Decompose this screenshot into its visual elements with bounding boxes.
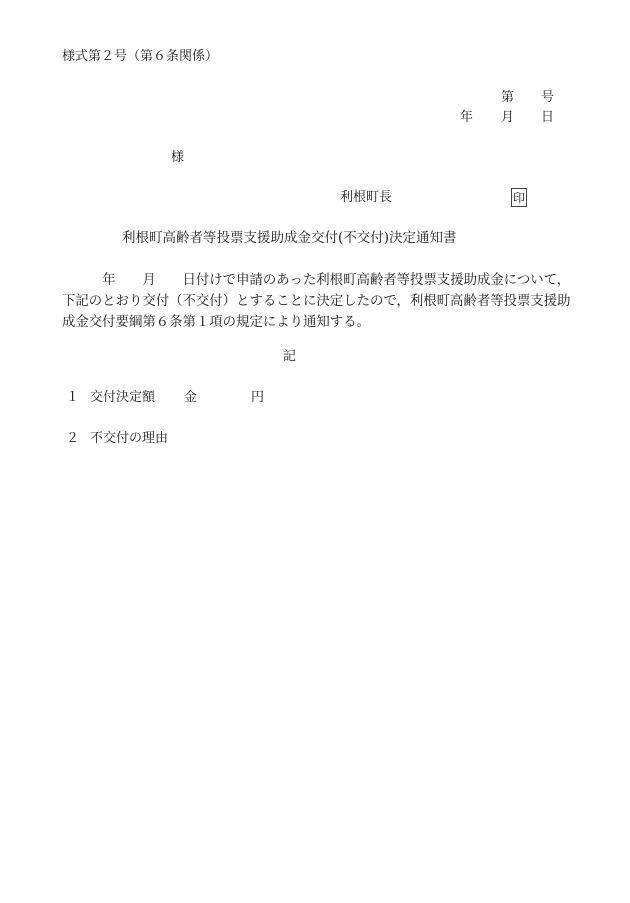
reference-number-suffix: 号: [541, 91, 554, 104]
date-month: 月: [501, 111, 514, 124]
issuer-name: 利根町長: [340, 191, 392, 204]
amount-prefix: 金: [184, 391, 197, 404]
body-paragraph: 年 月 日付けで申請のあった利根町高齢者等投票支援助成金について， 下記のとおり…: [62, 270, 572, 333]
item-number: ２: [66, 432, 79, 445]
reference-number-prefix: 第: [501, 91, 514, 104]
note-heading: 記: [283, 350, 296, 363]
item-label-grant-amount: 交付決定額: [90, 391, 155, 404]
date-year: 年: [460, 111, 473, 124]
item-number: １: [66, 391, 79, 404]
document-title: 利根町高齢者等投票支援助成金交付(不交付)決定通知書: [122, 232, 457, 246]
addressee-honorific: 様: [171, 151, 184, 164]
date-day: 日: [541, 111, 554, 124]
form-number: 様式第２号（第６条関係）: [62, 50, 218, 63]
item-label-rejection-reason: 不交付の理由: [90, 432, 168, 445]
seal-stamp-icon: 印: [511, 188, 527, 207]
amount-unit: 円: [251, 391, 264, 404]
body-line: 成金交付要綱第６条第１項の規定により通知する。: [62, 312, 572, 333]
body-line: 年 月 日付けで申請のあった利根町高齢者等投票支援助成金について，: [62, 270, 572, 291]
body-line: 下記のとおり交付（不交付）とすることに決定したので，利根町高齢者等投票支援助: [62, 291, 572, 312]
